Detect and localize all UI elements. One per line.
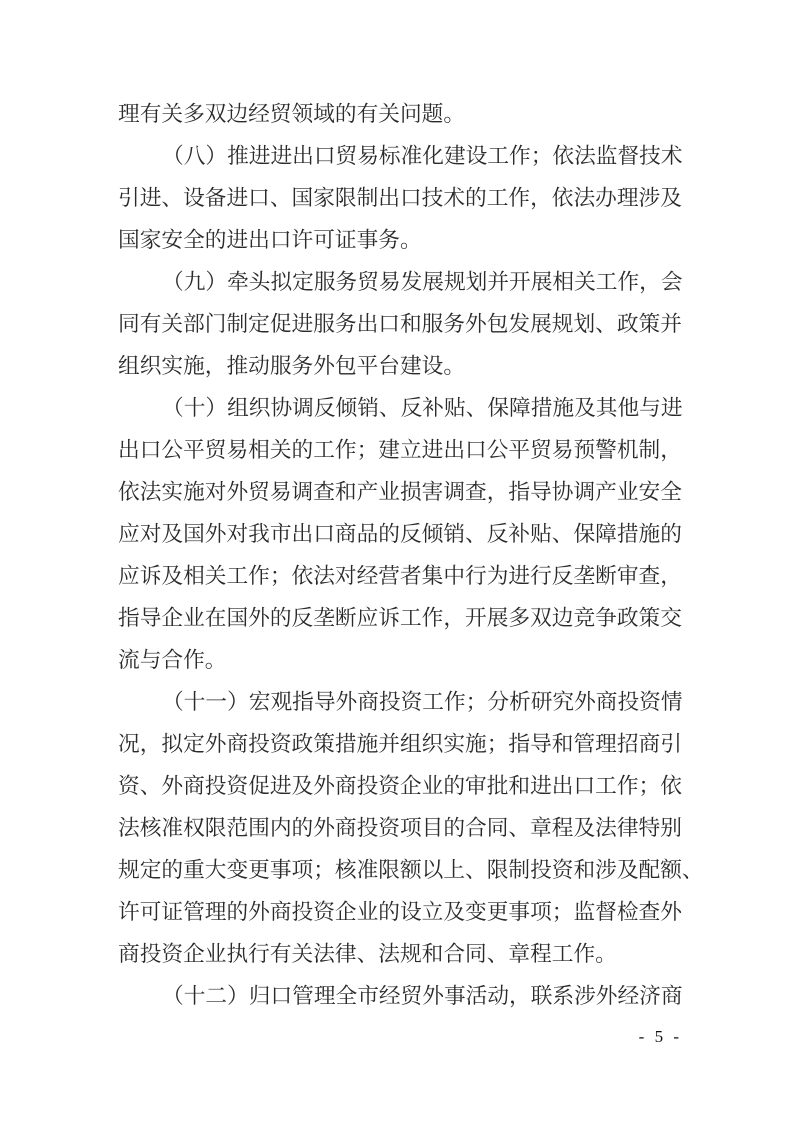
document-line: 应对及国外对我市出口商品的反倾销、反补贴、保障措施的 — [118, 513, 682, 555]
page-number: - 5 - — [598, 1027, 682, 1047]
document-line: 规定的重大变更事项；核准限额以上、限制投资和涉及配额、 — [118, 849, 682, 891]
document-line: 依法实施对外贸易调查和产业损害调查，指导协调产业安全 — [118, 471, 682, 513]
document-line: （十一）宏观指导外商投资工作；分析研究外商投资情 — [118, 681, 682, 723]
document-line: 同有关部门制定促进服务出口和服务外包发展规划、政策并 — [118, 303, 682, 345]
document-line: （九）牵头拟定服务贸易发展规划并开展相关工作，会 — [118, 261, 682, 303]
document-line: （十二）归口管理全市经贸外事活动，联系涉外经济商 — [118, 975, 682, 1017]
document-line: 法核准权限范围内的外商投资项目的合同、章程及法律特别 — [118, 807, 682, 849]
document-line: 商投资企业执行有关法律、法规和合同、章程工作。 — [118, 933, 682, 975]
document-line: 流与合作。 — [118, 639, 682, 681]
document-line: 组织实施，推动服务外包平台建设。 — [118, 345, 682, 387]
document-page: 理有关多双边经贸领域的有关问题。（八）推进进出口贸易标准化建设工作；依法监督技术… — [0, 0, 793, 1122]
document-line: 国家安全的进出口许可证事务。 — [118, 219, 682, 261]
document-line: 理有关多双边经贸领域的有关问题。 — [118, 93, 682, 135]
document-line: 许可证管理的外商投资企业的设立及变更事项；监督检查外 — [118, 891, 682, 933]
document-line: （八）推进进出口贸易标准化建设工作；依法监督技术 — [118, 135, 682, 177]
document-line: 引进、设备进口、国家限制出口技术的工作，依法办理涉及 — [118, 177, 682, 219]
document-line: 应诉及相关工作；依法对经营者集中行为进行反垄断审查， — [118, 555, 682, 597]
document-line: 况，拟定外商投资政策措施并组织实施；指导和管理招商引 — [118, 723, 682, 765]
document-line: 指导企业在国外的反垄断应诉工作，开展多双边竞争政策交 — [118, 597, 682, 639]
document-line: （十）组织协调反倾销、反补贴、保障措施及其他与进 — [118, 387, 682, 429]
document-line: 出口公平贸易相关的工作；建立进出口公平贸易预警机制， — [118, 429, 682, 471]
document-line: 资、外商投资促进及外商投资企业的审批和进出口工作；依 — [118, 765, 682, 807]
document-body: 理有关多双边经贸领域的有关问题。（八）推进进出口贸易标准化建设工作；依法监督技术… — [118, 93, 682, 1017]
